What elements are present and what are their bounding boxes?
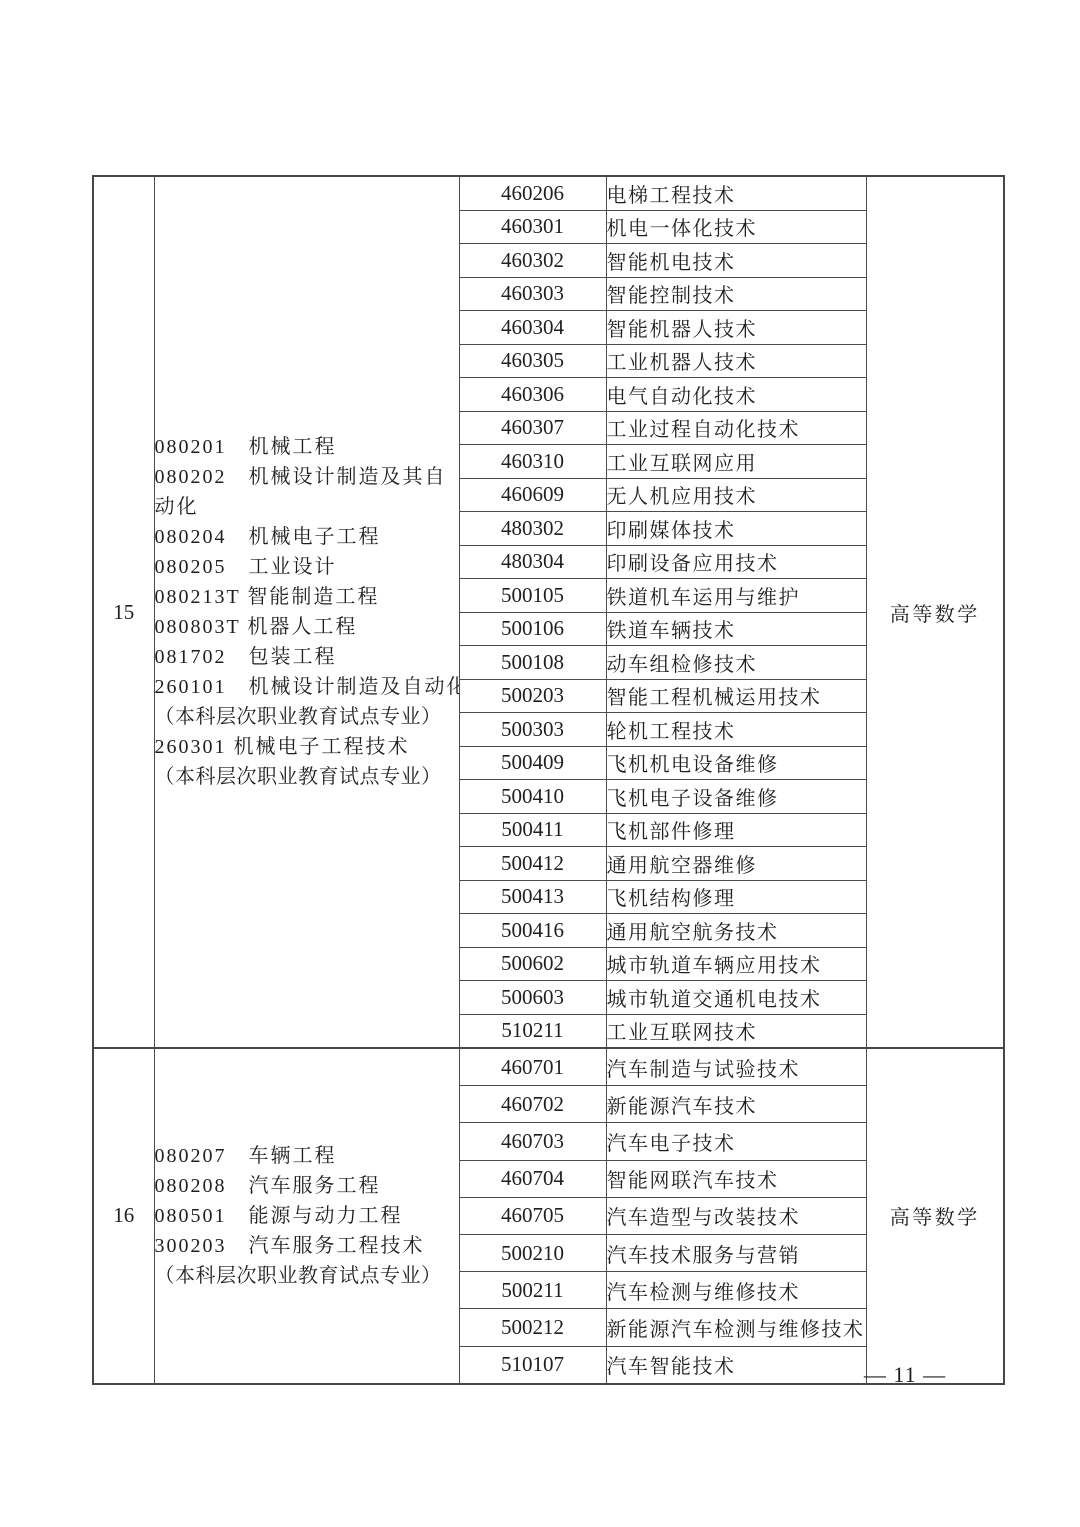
major-line: 080501 能源与动力工程	[155, 1201, 459, 1231]
specialty-code-cell: 460704	[459, 1160, 606, 1197]
row-number-cell: 15	[93, 176, 154, 1048]
specialty-code-cell: 500211	[459, 1272, 606, 1309]
specialty-code-cell: 460303	[459, 277, 606, 311]
specialty-code-cell: 510107	[459, 1346, 606, 1384]
specialty-code-cell: 460310	[459, 445, 606, 479]
major-line: （本科层次职业教育试点专业）	[155, 1261, 459, 1291]
major-line: （本科层次职业教育试点专业）	[155, 762, 459, 792]
specialty-name-cell: 汽车智能技术	[606, 1346, 866, 1384]
specialty-name-cell: 机电一体化技术	[606, 210, 866, 244]
specialty-name-cell: 电气自动化技术	[606, 378, 866, 412]
specialty-code-cell: 500106	[459, 612, 606, 646]
major-line: 动化	[155, 492, 459, 522]
specialty-name-cell: 工业过程自动化技术	[606, 411, 866, 445]
document-page: 15080201 机械工程080202 机械设计制造及其自动化080204 机械…	[0, 0, 1080, 1527]
majors-specialties-table: 15080201 机械工程080202 机械设计制造及其自动化080204 机械…	[92, 175, 1005, 1385]
specialty-name-cell: 汽车制造与试验技术	[606, 1048, 866, 1086]
specialty-name-cell: 智能机电技术	[606, 244, 866, 278]
specialty-code-cell: 500412	[459, 847, 606, 881]
specialty-name-cell: 工业互联网应用	[606, 445, 866, 479]
specialty-name-cell: 城市轨道车辆应用技术	[606, 947, 866, 981]
specialty-code-cell: 460305	[459, 344, 606, 378]
specialty-code-cell: 500416	[459, 914, 606, 948]
specialty-name-cell: 通用航空器维修	[606, 847, 866, 881]
specialty-code-cell: 510211	[459, 1014, 606, 1048]
major-line: 080202 机械设计制造及其自	[155, 462, 459, 492]
major-line: 080207 车辆工程	[155, 1141, 459, 1171]
major-line: 081702 包装工程	[155, 642, 459, 672]
specialty-name-cell: 动车组检修技术	[606, 646, 866, 680]
specialty-name-cell: 汽车技术服务与营销	[606, 1234, 866, 1271]
major-line: 080803T 机器人工程	[155, 612, 459, 642]
specialty-code-cell: 500105	[459, 579, 606, 613]
undergraduate-majors-cell: 080201 机械工程080202 机械设计制造及其自动化080204 机械电子…	[154, 176, 459, 1048]
major-line: 080204 机械电子工程	[155, 522, 459, 552]
specialty-code-cell: 500603	[459, 981, 606, 1015]
specialty-name-cell: 智能网联汽车技术	[606, 1160, 866, 1197]
specialty-code-cell: 460301	[459, 210, 606, 244]
specialty-code-cell: 500413	[459, 880, 606, 914]
specialty-code-cell: 480302	[459, 512, 606, 546]
specialty-code-cell: 460306	[459, 378, 606, 412]
specialty-name-cell: 轮机工程技术	[606, 713, 866, 747]
specialty-name-cell: 城市轨道交通机电技术	[606, 981, 866, 1015]
specialty-name-cell: 飞机部件修理	[606, 813, 866, 847]
specialty-name-cell: 工业机器人技术	[606, 344, 866, 378]
specialty-name-cell: 印刷媒体技术	[606, 512, 866, 546]
specialty-name-cell: 汽车造型与改装技术	[606, 1197, 866, 1234]
specialty-code-cell: 500410	[459, 780, 606, 814]
specialty-name-cell: 智能机器人技术	[606, 311, 866, 345]
specialty-row: 16080207 车辆工程080208 汽车服务工程080501 能源与动力工程…	[93, 1048, 1004, 1086]
specialty-code-cell: 500108	[459, 646, 606, 680]
majors-table-body: 15080201 机械工程080202 机械设计制造及其自动化080204 机械…	[93, 176, 1004, 1384]
specialty-code-cell: 500409	[459, 746, 606, 780]
specialty-code-cell: 500203	[459, 679, 606, 713]
row-number-cell: 16	[93, 1048, 154, 1384]
specialty-code-cell: 460609	[459, 478, 606, 512]
specialty-name-cell: 智能工程机械运用技术	[606, 679, 866, 713]
specialty-code-cell: 500212	[459, 1309, 606, 1346]
specialty-code-cell: 500602	[459, 947, 606, 981]
exam-subject-cell: 高等数学	[866, 1048, 1004, 1384]
specialty-name-cell: 飞机机电设备维修	[606, 746, 866, 780]
specialty-name-cell: 工业互联网技术	[606, 1014, 866, 1048]
specialty-name-cell: 印刷设备应用技术	[606, 545, 866, 579]
specialty-name-cell: 新能源汽车检测与维修技术	[606, 1309, 866, 1346]
specialty-code-cell: 460701	[459, 1048, 606, 1086]
page-number: — 11 —	[830, 1362, 980, 1388]
specialty-name-cell: 通用航空航务技术	[606, 914, 866, 948]
exam-subject-cell: 高等数学	[866, 176, 1004, 1048]
specialty-code-cell: 460304	[459, 311, 606, 345]
specialty-name-cell: 飞机结构修理	[606, 880, 866, 914]
specialty-name-cell: 铁道机车运用与维护	[606, 579, 866, 613]
specialty-name-cell: 电梯工程技术	[606, 176, 866, 210]
major-line: 080213T 智能制造工程	[155, 582, 459, 612]
specialty-name-cell: 铁道车辆技术	[606, 612, 866, 646]
specialty-row: 15080201 机械工程080202 机械设计制造及其自动化080204 机械…	[93, 176, 1004, 210]
major-line: 300203 汽车服务工程技术	[155, 1231, 459, 1261]
major-line: 080205 工业设计	[155, 552, 459, 582]
major-line: 080208 汽车服务工程	[155, 1171, 459, 1201]
major-line: 260301 机械电子工程技术	[155, 732, 459, 762]
specialty-name-cell: 汽车电子技术	[606, 1123, 866, 1160]
specialty-name-cell: 新能源汽车技术	[606, 1086, 866, 1123]
specialty-code-cell: 460206	[459, 176, 606, 210]
specialty-code-cell: 460307	[459, 411, 606, 445]
specialty-name-cell: 无人机应用技术	[606, 478, 866, 512]
specialty-code-cell: 460703	[459, 1123, 606, 1160]
specialty-code-cell: 460302	[459, 244, 606, 278]
specialty-name-cell: 飞机电子设备维修	[606, 780, 866, 814]
major-line: （本科层次职业教育试点专业）	[155, 702, 459, 732]
specialty-name-cell: 智能控制技术	[606, 277, 866, 311]
specialty-code-cell: 500303	[459, 713, 606, 747]
major-line: 080201 机械工程	[155, 432, 459, 462]
specialty-name-cell: 汽车检测与维修技术	[606, 1272, 866, 1309]
specialty-code-cell: 460702	[459, 1086, 606, 1123]
specialty-code-cell: 460705	[459, 1197, 606, 1234]
specialty-code-cell: 480304	[459, 545, 606, 579]
major-line: 260101 机械设计制造及自动化	[155, 672, 459, 702]
specialty-code-cell: 500210	[459, 1234, 606, 1271]
specialty-code-cell: 500411	[459, 813, 606, 847]
undergraduate-majors-cell: 080207 车辆工程080208 汽车服务工程080501 能源与动力工程30…	[154, 1048, 459, 1384]
